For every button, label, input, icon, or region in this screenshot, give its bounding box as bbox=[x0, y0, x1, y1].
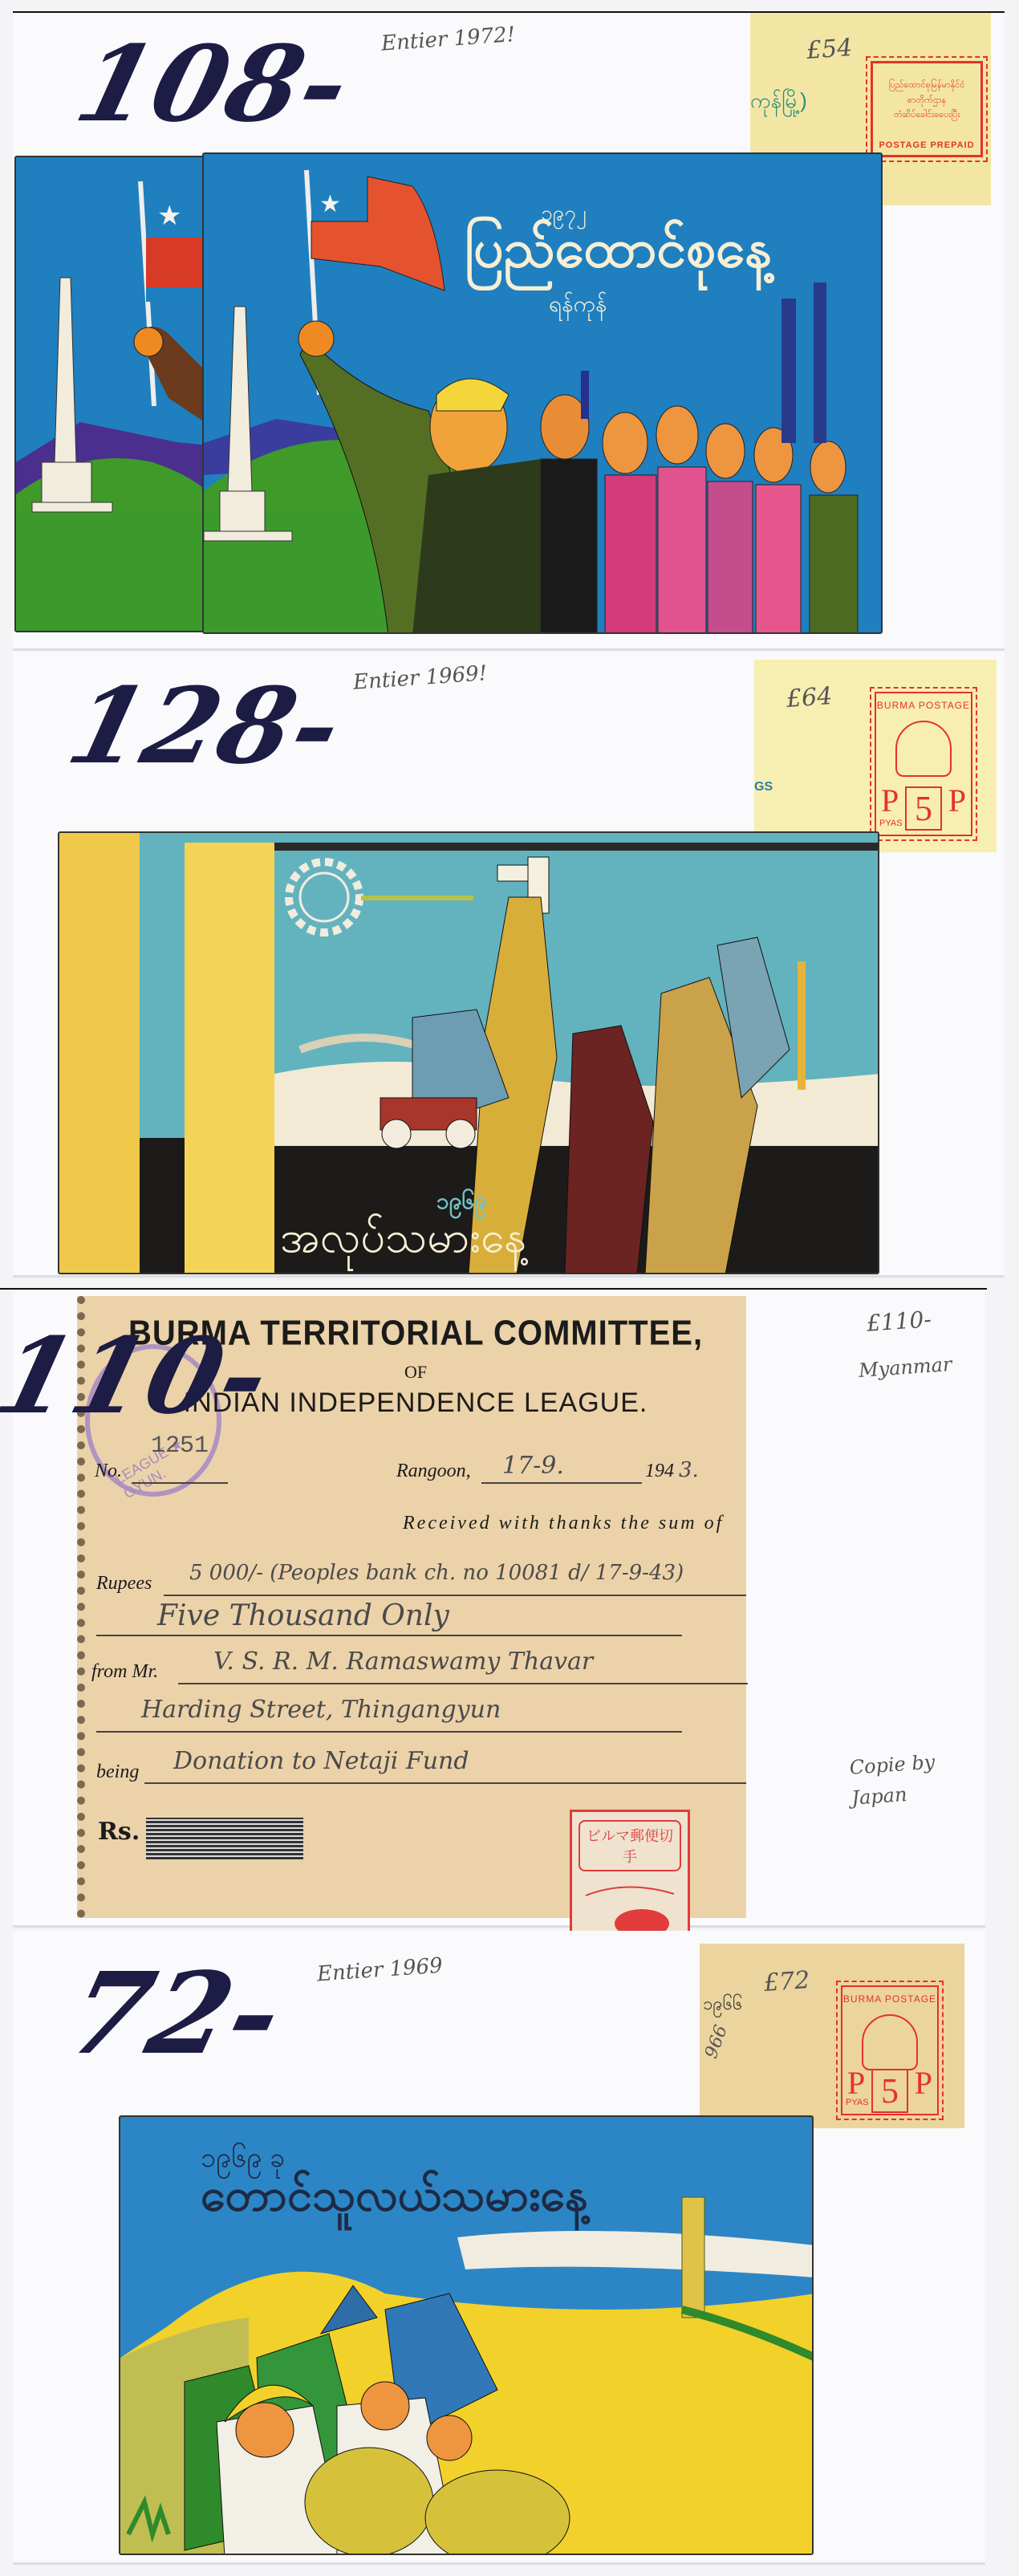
meter-letter: P bbox=[847, 2064, 865, 2102]
meter-value: 5 bbox=[871, 2069, 908, 2113]
side-note: Copie by Japan bbox=[848, 1746, 940, 1814]
svg-text:★: ★ bbox=[319, 191, 341, 217]
meter-line: ပြည်ထောင်စုမြန်မာနိုင်ငံ bbox=[878, 78, 976, 93]
catalogue-value: £64 bbox=[786, 682, 834, 713]
security-box bbox=[146, 1818, 303, 1859]
being-label: being bbox=[96, 1761, 139, 1783]
meter-label: POSTAGE PREPAID bbox=[873, 140, 980, 150]
place-label: Rangoon, bbox=[396, 1461, 471, 1482]
year-suffix: 3. bbox=[679, 1458, 699, 1482]
meter-letter: P bbox=[948, 782, 966, 819]
rupees-label: Rupees bbox=[96, 1573, 152, 1595]
envelope-cutpiece: ၁၉၆၆ £72 966 BURMA POSTAGE P 5 P PYAS bbox=[700, 1944, 964, 2128]
cutpiece-note: 966 bbox=[701, 2022, 732, 2061]
five-pyas-meter: BURMA POSTAGE P 5 P PYAS bbox=[841, 1985, 939, 2115]
emblem-icon bbox=[862, 2014, 918, 2070]
lot-price: 110- bbox=[0, 1324, 281, 1428]
catalogue-value: £54 bbox=[806, 34, 854, 65]
year-prefix: 194 bbox=[645, 1461, 674, 1482]
meter-line: စာတိုက်ဌာန bbox=[878, 93, 976, 108]
number-label: No. bbox=[95, 1461, 122, 1482]
lot-price: 108- bbox=[67, 32, 361, 136]
booklet-title: ပြည်ထောင်စုနေ့ bbox=[465, 215, 772, 293]
envelope-cutpiece: £64 GS BURMA POSTAGE P 5 P PYAS bbox=[754, 660, 997, 852]
booklet-illustration: ★ bbox=[16, 157, 215, 632]
donor-name: V. S. R. M. Ramaswamy Thavar bbox=[213, 1648, 593, 1676]
received-text: Received with thanks the sum of bbox=[403, 1513, 724, 1534]
lot-price: 128- bbox=[59, 674, 353, 778]
catalogue-value: £110- bbox=[866, 1306, 932, 1337]
postage-prepaid-meter: ပြည်ထောင်စုမြန်မာနိုင်ငံ စာတိုက်ဌာန တံဆိ… bbox=[871, 61, 983, 157]
meter-line: တံဆိပ်ခေါင်းခပေးပြီး bbox=[878, 108, 976, 123]
address-fragment: GS bbox=[754, 780, 773, 794]
emblem-icon bbox=[895, 721, 952, 777]
booklet-title: အလုပ်သမားနေ့ bbox=[280, 1210, 526, 1274]
booklet-union-day-1972: ★ ၁၉၇၂ ပြည်ထောင်စုနေ့ ရန်ကုန် bbox=[202, 152, 883, 634]
rs-label: Rs. bbox=[98, 1818, 140, 1846]
catalogue-value: £72 bbox=[763, 1966, 811, 1997]
meter-value: 5 bbox=[905, 786, 942, 831]
five-pyas-meter: BURMA POSTAGE P 5 P PYAS bbox=[875, 692, 972, 836]
booklet-title: တောင်သူလယ်သမားနေ့ bbox=[201, 2167, 588, 2233]
booklet-back-cover: ★ bbox=[14, 156, 215, 632]
donor-address: Harding Street, Thingangyun bbox=[141, 1696, 501, 1724]
meter-letter: P bbox=[881, 782, 899, 819]
booklet-subtitle: ရန်ကုန် bbox=[549, 289, 607, 323]
meter-header: BURMA POSTAGE bbox=[842, 1993, 937, 2005]
meter-unit: PYAS bbox=[879, 819, 903, 828]
meter-letter: P bbox=[915, 2064, 932, 2102]
amount-in-words: Five Thousand Only bbox=[157, 1599, 449, 1632]
address-fragment: ကုန်မြို့) bbox=[750, 87, 807, 118]
svg-text:★: ★ bbox=[157, 201, 181, 231]
meter-unit: PYAS bbox=[846, 2098, 869, 2107]
booklet-workers-day-1969: ၁၉၆၉ အလုပ်သမားနေ့ bbox=[58, 831, 879, 1274]
date-value: 17-9. bbox=[502, 1452, 564, 1480]
donation-purpose: Donation to Netaji Fund bbox=[173, 1747, 469, 1775]
booklet-peasants-day-1969: ၁၉၆၉ ခု တောင်သူလယ်သမားနေ့ bbox=[119, 2115, 814, 2555]
meter-header: BURMA POSTAGE bbox=[876, 700, 971, 711]
from-label: from Mr. bbox=[91, 1661, 158, 1683]
lot-price: 72- bbox=[59, 1958, 294, 2070]
rupees-value: 5 000/- (Peoples bank ch. no 10081 d/ 17… bbox=[189, 1561, 684, 1585]
stamp-title: ビルマ郵便切手 bbox=[579, 1820, 681, 1871]
cutpiece-year: ၁၉၆၆ bbox=[703, 1992, 743, 2018]
